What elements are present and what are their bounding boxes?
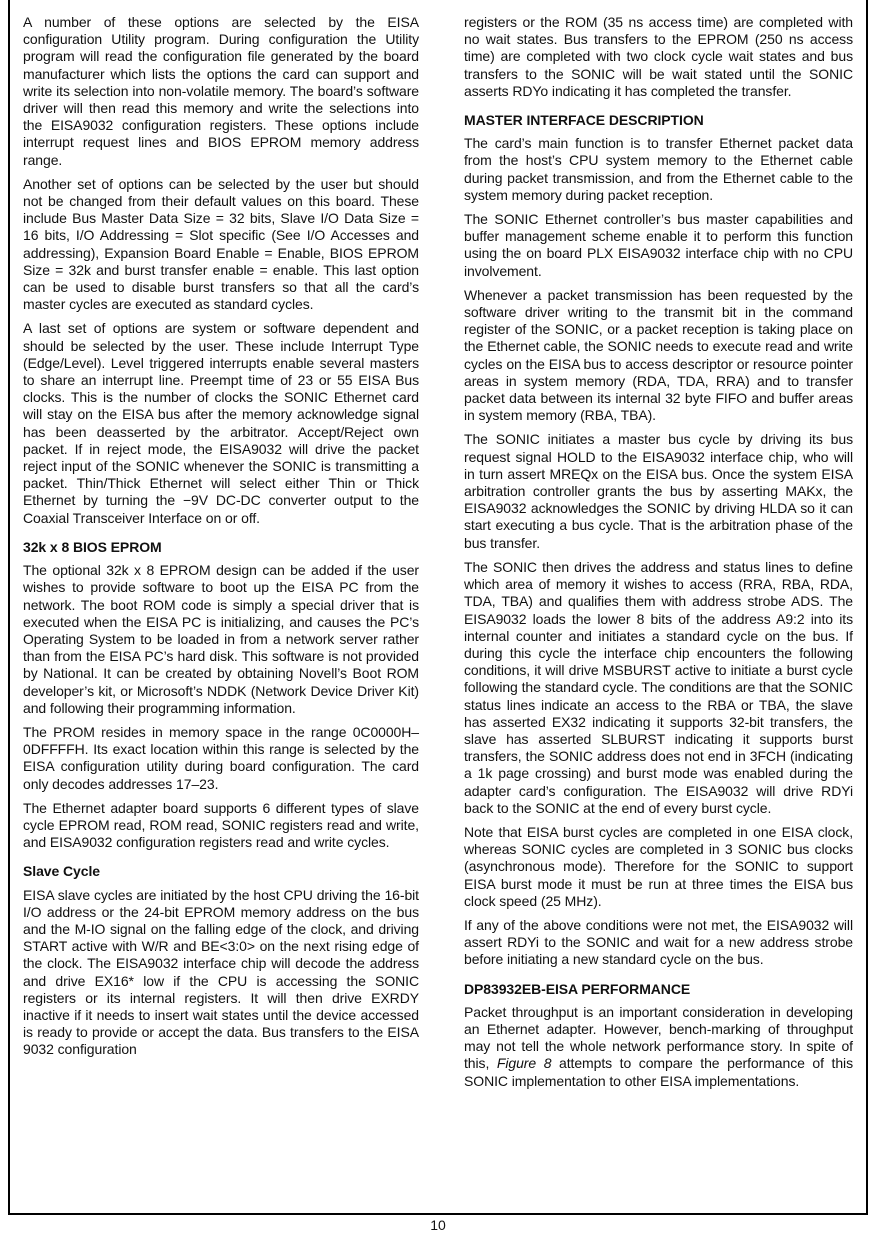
paragraph: Another set of options can be selected b… — [23, 176, 419, 314]
paragraph: The card’s main function is to transfer … — [464, 135, 853, 204]
section-heading: DP83932EB-EISA PERFORMANCE — [464, 981, 853, 998]
section-heading: MASTER INTERFACE DESCRIPTION — [464, 112, 853, 129]
paragraph: The optional 32k x 8 EPROM design can be… — [23, 562, 419, 717]
paragraph: The Ethernet adapter board supports 6 di… — [23, 800, 419, 852]
paragraph: The PROM resides in memory space in the … — [23, 724, 419, 793]
paragraph: The SONIC Ethernet controller’s bus mast… — [464, 211, 853, 280]
paragraph: The SONIC initiates a master bus cycle b… — [464, 431, 853, 551]
right-column: registers or the ROM (35 ns access time)… — [464, 14, 853, 1097]
paragraph: A last set of options are system or soft… — [23, 320, 419, 526]
figure-reference: Figure 8 — [497, 1055, 552, 1071]
paragraph: Note that EISA burst cycles are complete… — [464, 824, 853, 910]
section-heading: Slave Cycle — [23, 863, 419, 880]
paragraph: A number of these options are selected b… — [23, 14, 419, 169]
page-number: 10 — [8, 1217, 868, 1234]
paragraph: The SONIC then drives the address and st… — [464, 559, 853, 817]
section-heading: 32k x 8 BIOS EPROM — [23, 539, 419, 556]
paragraph: If any of the above conditions were not … — [464, 917, 853, 969]
paragraph: Packet throughput is an important consid… — [464, 1004, 853, 1090]
paragraph: registers or the ROM (35 ns access time)… — [464, 14, 853, 100]
page-content: A number of these options are selected b… — [23, 14, 853, 1097]
paragraph: Whenever a packet transmission has been … — [464, 287, 853, 425]
paragraph: EISA slave cycles are initiated by the h… — [23, 887, 419, 1059]
left-column: A number of these options are selected b… — [23, 14, 419, 1097]
